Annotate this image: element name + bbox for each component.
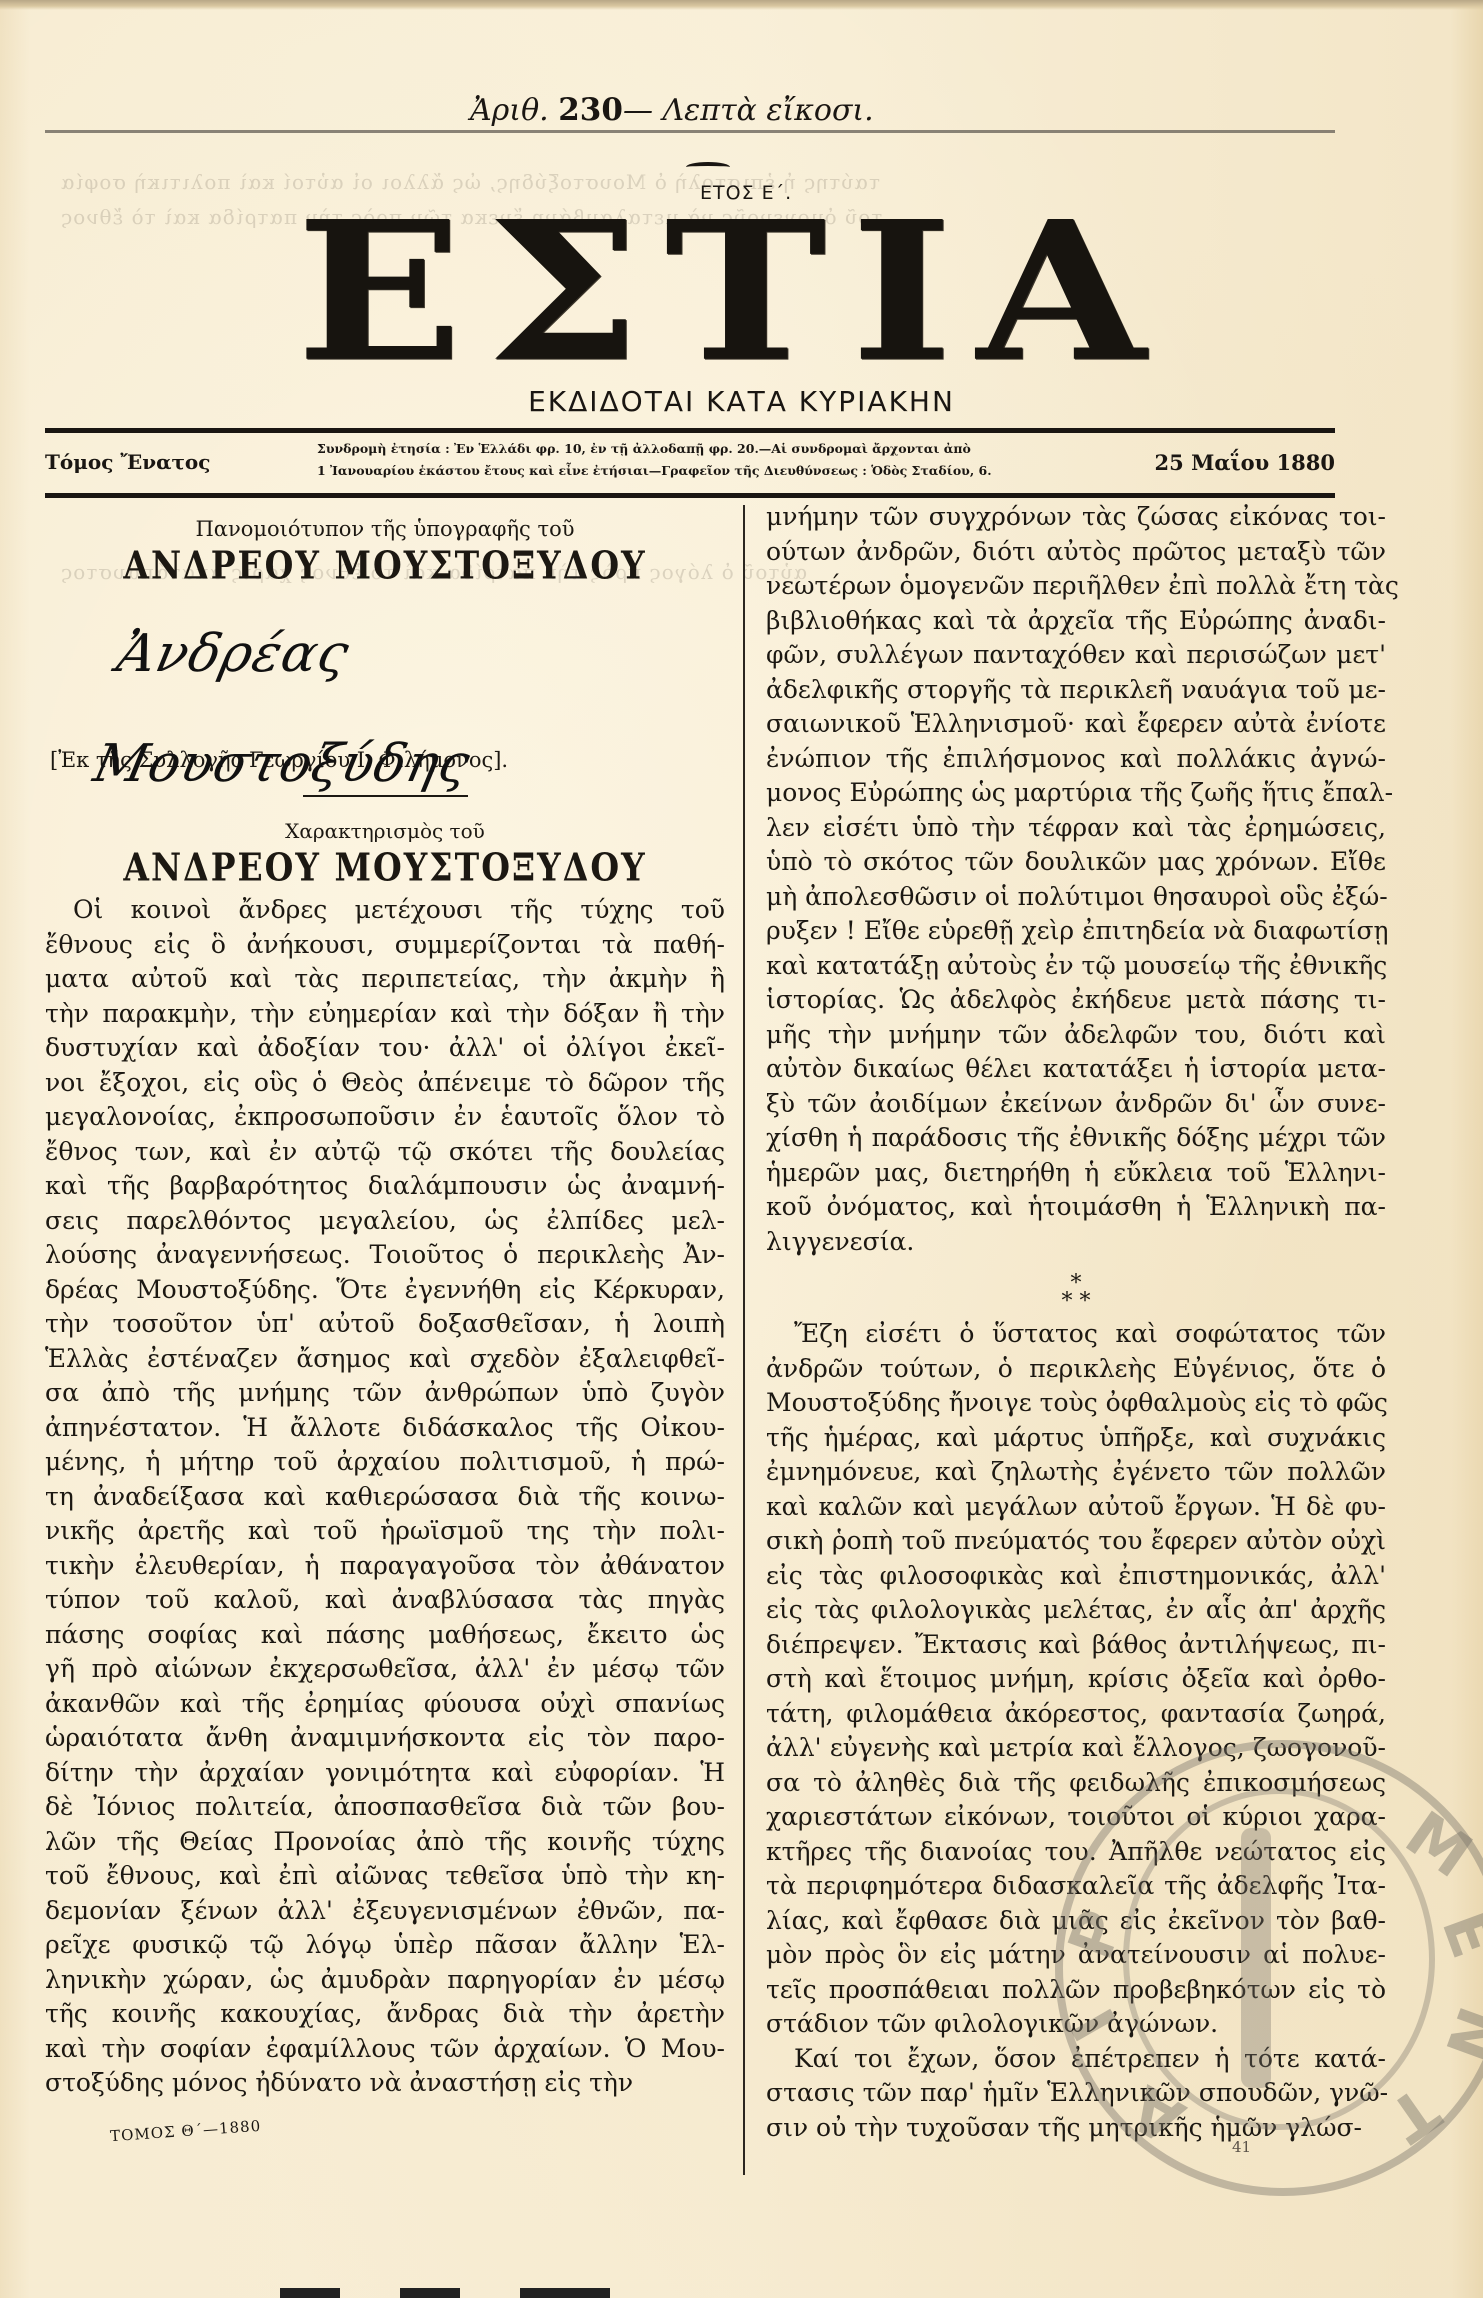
text-line: γῆ πρὸ αἰώνων ἐκχερσωθεῖσα, ἀλλ' ἐν μέσῳ… bbox=[45, 1652, 725, 1687]
text-line: τη ἀναδείξασα καὶ καθιερώσασα διὰ τῆς κο… bbox=[45, 1480, 725, 1515]
text-line: καὶ τὴν σοφίαν ἐφαμίλλους τῶν ἀρχαίων. Ὁ… bbox=[45, 2032, 725, 2067]
text-line: ρυξεν ! Εἴθε εὑρεθῇ χεὶρ ἐπιτηδεία νὰ δι… bbox=[766, 914, 1386, 949]
text-line: Ἔζη εἰσέτι ὁ ὕστατος καὶ σοφώτατος τῶν bbox=[766, 1317, 1386, 1352]
top-rule bbox=[45, 130, 1335, 133]
text-line: σιν οὐ τὴν τυχοῦσαν τῆς μητρικῆς ἡμῶν γλ… bbox=[766, 2111, 1386, 2146]
article-body-right-3: Καί τοι ἔχων, ὅσον ἐπέτρεπεν ἡ τότε κατά… bbox=[766, 2042, 1386, 2146]
text-line: ἀκανθῶν καὶ τῆς ἐρημίας φύουσα οὐχὶ σπαν… bbox=[45, 1687, 725, 1722]
page-top-edge bbox=[0, 0, 1483, 10]
signature-caption: Πανομοιότυπον τῆς ὑπογραφῆς τοῦ bbox=[45, 513, 725, 545]
text-line: ἐνώπιον τῆς ἐπιλήσμονος καὶ πολλάκις ἀγν… bbox=[766, 742, 1386, 777]
right-column: μνήμην τῶν συγχρόνων τὰς ζώσας εἰκόνας τ… bbox=[766, 500, 1386, 2145]
text-line: ἡμερῶν μας, διετηρήθη ἡ εὔκλεια τοῦ Ἑλλη… bbox=[766, 1156, 1386, 1191]
stamp-letter: Ν bbox=[1431, 1998, 1483, 2072]
text-line: σα ἀπὸ τῆς μνήμης τῶν ἀνθρώπων ὑπὸ ζυγὸν bbox=[45, 1376, 725, 1411]
text-line: ξὺ τῶν ἀοιδίμων ἐκείνων ἀνδρῶν δι' ὧν συ… bbox=[766, 1087, 1386, 1122]
info-strip: Τόμος Ἔνατος Συνδρομὴ ἐτησία : Ἐν Ἑλλάδι… bbox=[45, 438, 1335, 486]
text-line: δὲ Ἰόνιος πολιτεία, ἀποσπασθεῖσα διὰ τῶν… bbox=[45, 1790, 725, 1825]
masthead-rule-lower bbox=[45, 493, 1335, 498]
masthead-title: ΕΣΤΙΑ bbox=[168, 218, 1298, 366]
volume-label: Τόμος Ἔνατος bbox=[45, 450, 210, 474]
text-line: χαριεστάτων εἰκόνων, τοιοῦτοι οἱ κύριοι … bbox=[766, 1800, 1386, 1835]
text-line: τὴν παρακμὴν, τὴν εὐημερίαν καὶ τὴν δόξα… bbox=[45, 997, 725, 1032]
text-line: μὴ ἀπολεσθῶσιν οἱ πολύτιμοι θησαυροὶ οὓς… bbox=[766, 880, 1386, 915]
article-body-left: Οἱ κοινοὶ ἄνδρες μετέχουσι τῆς τύχης τοῦ… bbox=[45, 893, 725, 2101]
text-line: νικῆς ἀρετῆς καὶ τοῦ ἡρωϊσμοῦ της τὴν πο… bbox=[45, 1514, 725, 1549]
text-line: τῆς ἡμέρας, καὶ μάρτυς ὑπῆρξε, καὶ συχνά… bbox=[766, 1421, 1386, 1456]
subscription-info: Συνδρομὴ ἐτησία : Ἐν Ἑλλάδι φρ. 10, ἐν τ… bbox=[317, 438, 1127, 482]
text-line: Ἑλλὰς ἐστέναζεν ἄσημος καὶ σχεδὸν ἐξαλει… bbox=[45, 1342, 725, 1377]
volume-footer-mark: ΤΟΜΟΣ Θ΄—1880 bbox=[110, 2117, 262, 2146]
text-line: ἔθνος των, καὶ ἐν αὐτῷ τῷ σκότει τῆς δου… bbox=[45, 1135, 725, 1170]
text-line: καὶ καλῶν καὶ μεγάλων αὐτοῦ ἔργων. Ἡ δὲ … bbox=[766, 1490, 1386, 1525]
text-line: ἀλλ' εὐγενὴς καὶ μετρία καὶ ἔλλογος, ζωο… bbox=[766, 1731, 1386, 1766]
issue-number-prefix: Ἀριθ. bbox=[470, 93, 549, 128]
masthead-rule-upper bbox=[45, 428, 1335, 433]
text-line: τεῖς προσπάθειαι πολλῶν προβεβηκότων εἰς… bbox=[766, 1973, 1386, 2008]
text-line: βιβλιοθήκας καὶ τὰ ἀρχεῖα τῆς Εὐρώπης ἀν… bbox=[766, 604, 1386, 639]
subscription-line-2: 1 Ἰανουαρίου ἑκάστου ἔτους καὶ εἶνε ἐτήσ… bbox=[317, 460, 1127, 482]
text-line: ματα αὐτοῦ καὶ τὰς περιπετείας, τὴν ἀκμὴ… bbox=[45, 962, 725, 997]
text-line: νεωτέρων ὁμογενῶν περιῆλθεν ἐπὶ πολλὰ ἔτ… bbox=[766, 569, 1386, 604]
year-mark-ornament bbox=[686, 162, 730, 172]
text-line: λιγγενεσία. bbox=[766, 1225, 1386, 1260]
signature-caption-name: ΑΝΔΡΕΟΥ ΜΟΥΣΤΟΞΥΔΟΥ bbox=[45, 542, 725, 590]
text-line: καὶ κατατάξῃ αὐτοὺς ἐν τῷ μουσείῳ τῆς ἐθ… bbox=[766, 949, 1386, 984]
issue-number: 230 bbox=[558, 92, 623, 128]
text-line: λίας, καὶ ἔφθασε διὰ μιᾶς εἰς ἐκεῖνον τὸ… bbox=[766, 1904, 1386, 1939]
text-line: μονος Εὐρώπης ὡς μαρτύρια τῆς ζωῆς ἥτις … bbox=[766, 776, 1386, 811]
text-line: κτῆρες τῆς διανοίας του. Ἀπῆλθε νεώτατος… bbox=[766, 1835, 1386, 1870]
text-line: σα τὸ ἀληθὲς διὰ τῆς φειδωλῆς ἐπικοσμήσε… bbox=[766, 1766, 1386, 1801]
issue-line: Ἀριθ. 230— Λεπτὰ εἴκοσι. bbox=[470, 92, 970, 128]
text-line: διέπρεψεν. Ἔκτασις καὶ βάθος ἀντιλήψεως,… bbox=[766, 1628, 1386, 1663]
text-line: στασις τῶν παρ' ἡμῖν Ἑλληνικῶν σπουδῶν, … bbox=[766, 2076, 1386, 2111]
text-line: νοι ἔξοχοι, εἰς οὓς ὁ Θεὸς ἀπένειμε τὸ δ… bbox=[45, 1066, 725, 1101]
text-line: δίτην τὴν ἀρχαίαν γονιμότητα καὶ εὐφορία… bbox=[45, 1756, 725, 1791]
masthead-subtitle: ΕΚΔΙΔΟΤΑΙ ΚΑΤΑ ΚΥΡΙΑΚΗΝ bbox=[0, 385, 1483, 418]
text-line: εἰς τὰς φιλοσοφικὰς καὶ ἐπιστημονικάς, ἀ… bbox=[766, 1559, 1386, 1594]
stamp-letter: Μ bbox=[1393, 1797, 1483, 1892]
article-kicker: Χαρακτηρισμὸς τοῦ bbox=[45, 815, 725, 847]
text-line: μὸν πρὸς ὃν εἰς μάτην ἀνατείνουσιν αἱ πο… bbox=[766, 1938, 1386, 1973]
left-column: Πανομοιότυπον τῆς ὑπογραφῆς τοῦ ΑΝΔΡΕΟΥ … bbox=[45, 505, 725, 2101]
text-line: σικὴ ῥοπὴ τοῦ πνεύματός του ἔφερεν αὐτὸν… bbox=[766, 1524, 1386, 1559]
text-line: φῶν, συλλέγων πανταχόθεν καὶ περισώζων μ… bbox=[766, 638, 1386, 673]
text-line: ληνικὴν χώραν, ὡς ἀμυδρὰν παρηγορίαν ἐν … bbox=[45, 1963, 725, 1998]
stamp-letter: Ε bbox=[1428, 1902, 1483, 1967]
text-line: τῆς κοινῆς κακουχίας, ἄνδρας διὰ τὴν ἀρε… bbox=[45, 1997, 725, 2032]
text-line: αὐτὸν δικαίως θέλει κατατάξει ἡ ἱστορία … bbox=[766, 1052, 1386, 1087]
article-heading: ΑΝΔΡΕΟΥ ΜΟΥΣΤΟΞΥΔΟΥ bbox=[45, 844, 725, 892]
text-line: τύπον τοῦ καλοῦ, καὶ ἀναβλύσασα τὰς πηγὰ… bbox=[45, 1583, 725, 1618]
text-line: ὡραιότατα ἄνθη ἀναμιμνήσκοντα εἰς τὸν πα… bbox=[45, 1721, 725, 1756]
text-line: ἀπηνέστατον. Ἡ ἄλλοτε διδάσκαλος τῆς Οἰκ… bbox=[45, 1411, 725, 1446]
column-divider bbox=[743, 505, 745, 2175]
text-line: ἱστορίας. Ὡς ἀδελφὸς ἐκήδευε μετὰ πάσης … bbox=[766, 983, 1386, 1018]
facsimile-signature: Ἀνδρέας Μουστοξύδης bbox=[30, 599, 740, 739]
text-line: λῶν τῆς Θείας Προνοίας ἀπὸ τῆς κοινῆς τύ… bbox=[45, 1825, 725, 1860]
issue-price: — Λεπτὰ εἴκοσι. bbox=[623, 93, 874, 128]
text-line: σεις παρελθόντος μεγαλείου, ὡς ἐλπίδες μ… bbox=[45, 1204, 725, 1239]
text-line: τὴν τοσοῦτον ὑπ' αὐτοῦ δοξασθεῖσαν, ἡ λο… bbox=[45, 1307, 725, 1342]
text-line: Μουστοξύδης ἤνοιγε τοὺς ὀφθαλμοὺς εἰς τὸ… bbox=[766, 1386, 1386, 1421]
text-line: πάσης σοφίας καὶ πάσης μαθήσεως, ἔκειτο … bbox=[45, 1618, 725, 1653]
text-line: λούσης ἀναγεννήσεως. Τοιοῦτος ὁ περικλεὴ… bbox=[45, 1238, 725, 1273]
text-line: Οἱ κοινοὶ ἄνδρες μετέχουσι τῆς τύχης τοῦ bbox=[45, 893, 725, 928]
text-line: δρέας Μουστοξύδης. Ὅτε ἐγεννήθη εἰς Κέρκ… bbox=[45, 1273, 725, 1308]
text-line: δυστυχίαν καὶ ἀδοξίαν του· ἀλλ' οἱ ὀλίγο… bbox=[45, 1031, 725, 1066]
text-line: μένης, ἡ μήτηρ τοῦ ἀρχαίου πολιτισμοῦ, ἡ… bbox=[45, 1445, 725, 1480]
text-line: μεγαλονοίας, ἐκπροσωποῦσιν ἐν ἑαυτοῖς ὅλ… bbox=[45, 1100, 725, 1135]
text-line: Καί τοι ἔχων, ὅσον ἐπέτρεπεν ἡ τότε κατά… bbox=[766, 2042, 1386, 2077]
text-line: ἔθνους εἰς ὃ ἀνήκουσι, συμμερίζονται τὰ … bbox=[45, 928, 725, 963]
text-line: καὶ τῆς βαρβαρότητος διαλάμπουσιν ὡς ἀνα… bbox=[45, 1169, 725, 1204]
text-line: στοξύδης μόνος ἠδύνατο νὰ ἀναστήσῃ εἰς τ… bbox=[45, 2066, 725, 2101]
text-line: μῆς τὴν μνήμην τῶν ἀδελφῶν του, διότι κα… bbox=[766, 1018, 1386, 1053]
text-line: εἰς τὰς φιλολογικὰς μελέτας, ἐν αἷς ἀπ' … bbox=[766, 1593, 1386, 1628]
text-line: τὰ περιφημότερα διδασκαλεῖα τῆς ἀδελφῆς … bbox=[766, 1869, 1386, 1904]
article-body-right-1: μνήμην τῶν συγχρόνων τὰς ζώσας εἰκόνας τ… bbox=[766, 500, 1386, 1259]
text-line: κοῦ ὀνόματος, καὶ ἡτοιμάσθη ἡ Ἑλληνικὴ π… bbox=[766, 1190, 1386, 1225]
section-separator: ** * bbox=[766, 1275, 1386, 1311]
subscription-line-1: Συνδρομὴ ἐτησία : Ἐν Ἑλλάδι φρ. 10, ἐν τ… bbox=[317, 438, 1127, 460]
text-line: δεμονίαν ξένων ἀλλ' ἐξευγενισμένων ἐθνῶν… bbox=[45, 1894, 725, 1929]
text-line: στὴ καὶ ἕτοιμος μνήμη, κρίσις ὀξεῖα καὶ … bbox=[766, 1662, 1386, 1697]
text-line: ἐμνημόνευε, καὶ ζηλωτὴς ἐγένετο τῶν πολλ… bbox=[766, 1455, 1386, 1490]
printer-signature-mark: 41 bbox=[1232, 2138, 1251, 2156]
text-line: τοῦ ἔθνους, καὶ ἐπὶ αἰῶνας τεθεῖσα ὑπὸ τ… bbox=[45, 1859, 725, 1894]
text-line: τάτη, φιλομάθεια ἀκόρεστος, φαντασία ζωη… bbox=[766, 1697, 1386, 1732]
text-line: μνήμην τῶν συγχρόνων τὰς ζώσας εἰκόνας τ… bbox=[766, 500, 1386, 535]
text-line: λεν εἰσέτι ὑπὸ τὴν τέφραν καὶ τὰς ἐρημώσ… bbox=[766, 811, 1386, 846]
text-line: τικὴν ἐλευθερίαν, ἡ παραγαγοῦσα τὸν ἀθάν… bbox=[45, 1549, 725, 1584]
article-body-right-2: Ἔζη εἰσέτι ὁ ὕστατος καὶ σοφώτατος τῶνἀν… bbox=[766, 1317, 1386, 2042]
text-line: σαιωνικοῦ Ἑλληνισμοῦ· καὶ ἔφερεν αὐτὰ ἐν… bbox=[766, 707, 1386, 742]
text-line: στάδιον τῶν φιλολογικῶν ἀγώνων. bbox=[766, 2007, 1386, 2042]
text-line: χίσθη ἡ παράδοσις τῆς ἐθνικῆς δόξης μέχρ… bbox=[766, 1121, 1386, 1156]
text-line: ούτων ἀνδρῶν, διότι αὐτὸς πρῶτος μεταξὺ … bbox=[766, 535, 1386, 570]
text-line: ἀνδρῶν τούτων, ὁ περικλεὴς Εὐγένιος, ὅτε… bbox=[766, 1352, 1386, 1387]
text-line: ἀδελφικῆς στοργῆς τὰ περικλεῆ ναυάγια το… bbox=[766, 673, 1386, 708]
text-line: ρεῖχε φυσικῷ τῷ λόγῳ ὑπὲρ πᾶσαν ἄλλην Ἑλ… bbox=[45, 1928, 725, 1963]
text-line: ὑπὸ τὸ σκότος τῶν δουλικῶν μας χρόνων. Ε… bbox=[766, 845, 1386, 880]
issue-date: 25 Μαΐου 1880 bbox=[1155, 450, 1335, 475]
page-bottom-edge bbox=[280, 2288, 1330, 2298]
